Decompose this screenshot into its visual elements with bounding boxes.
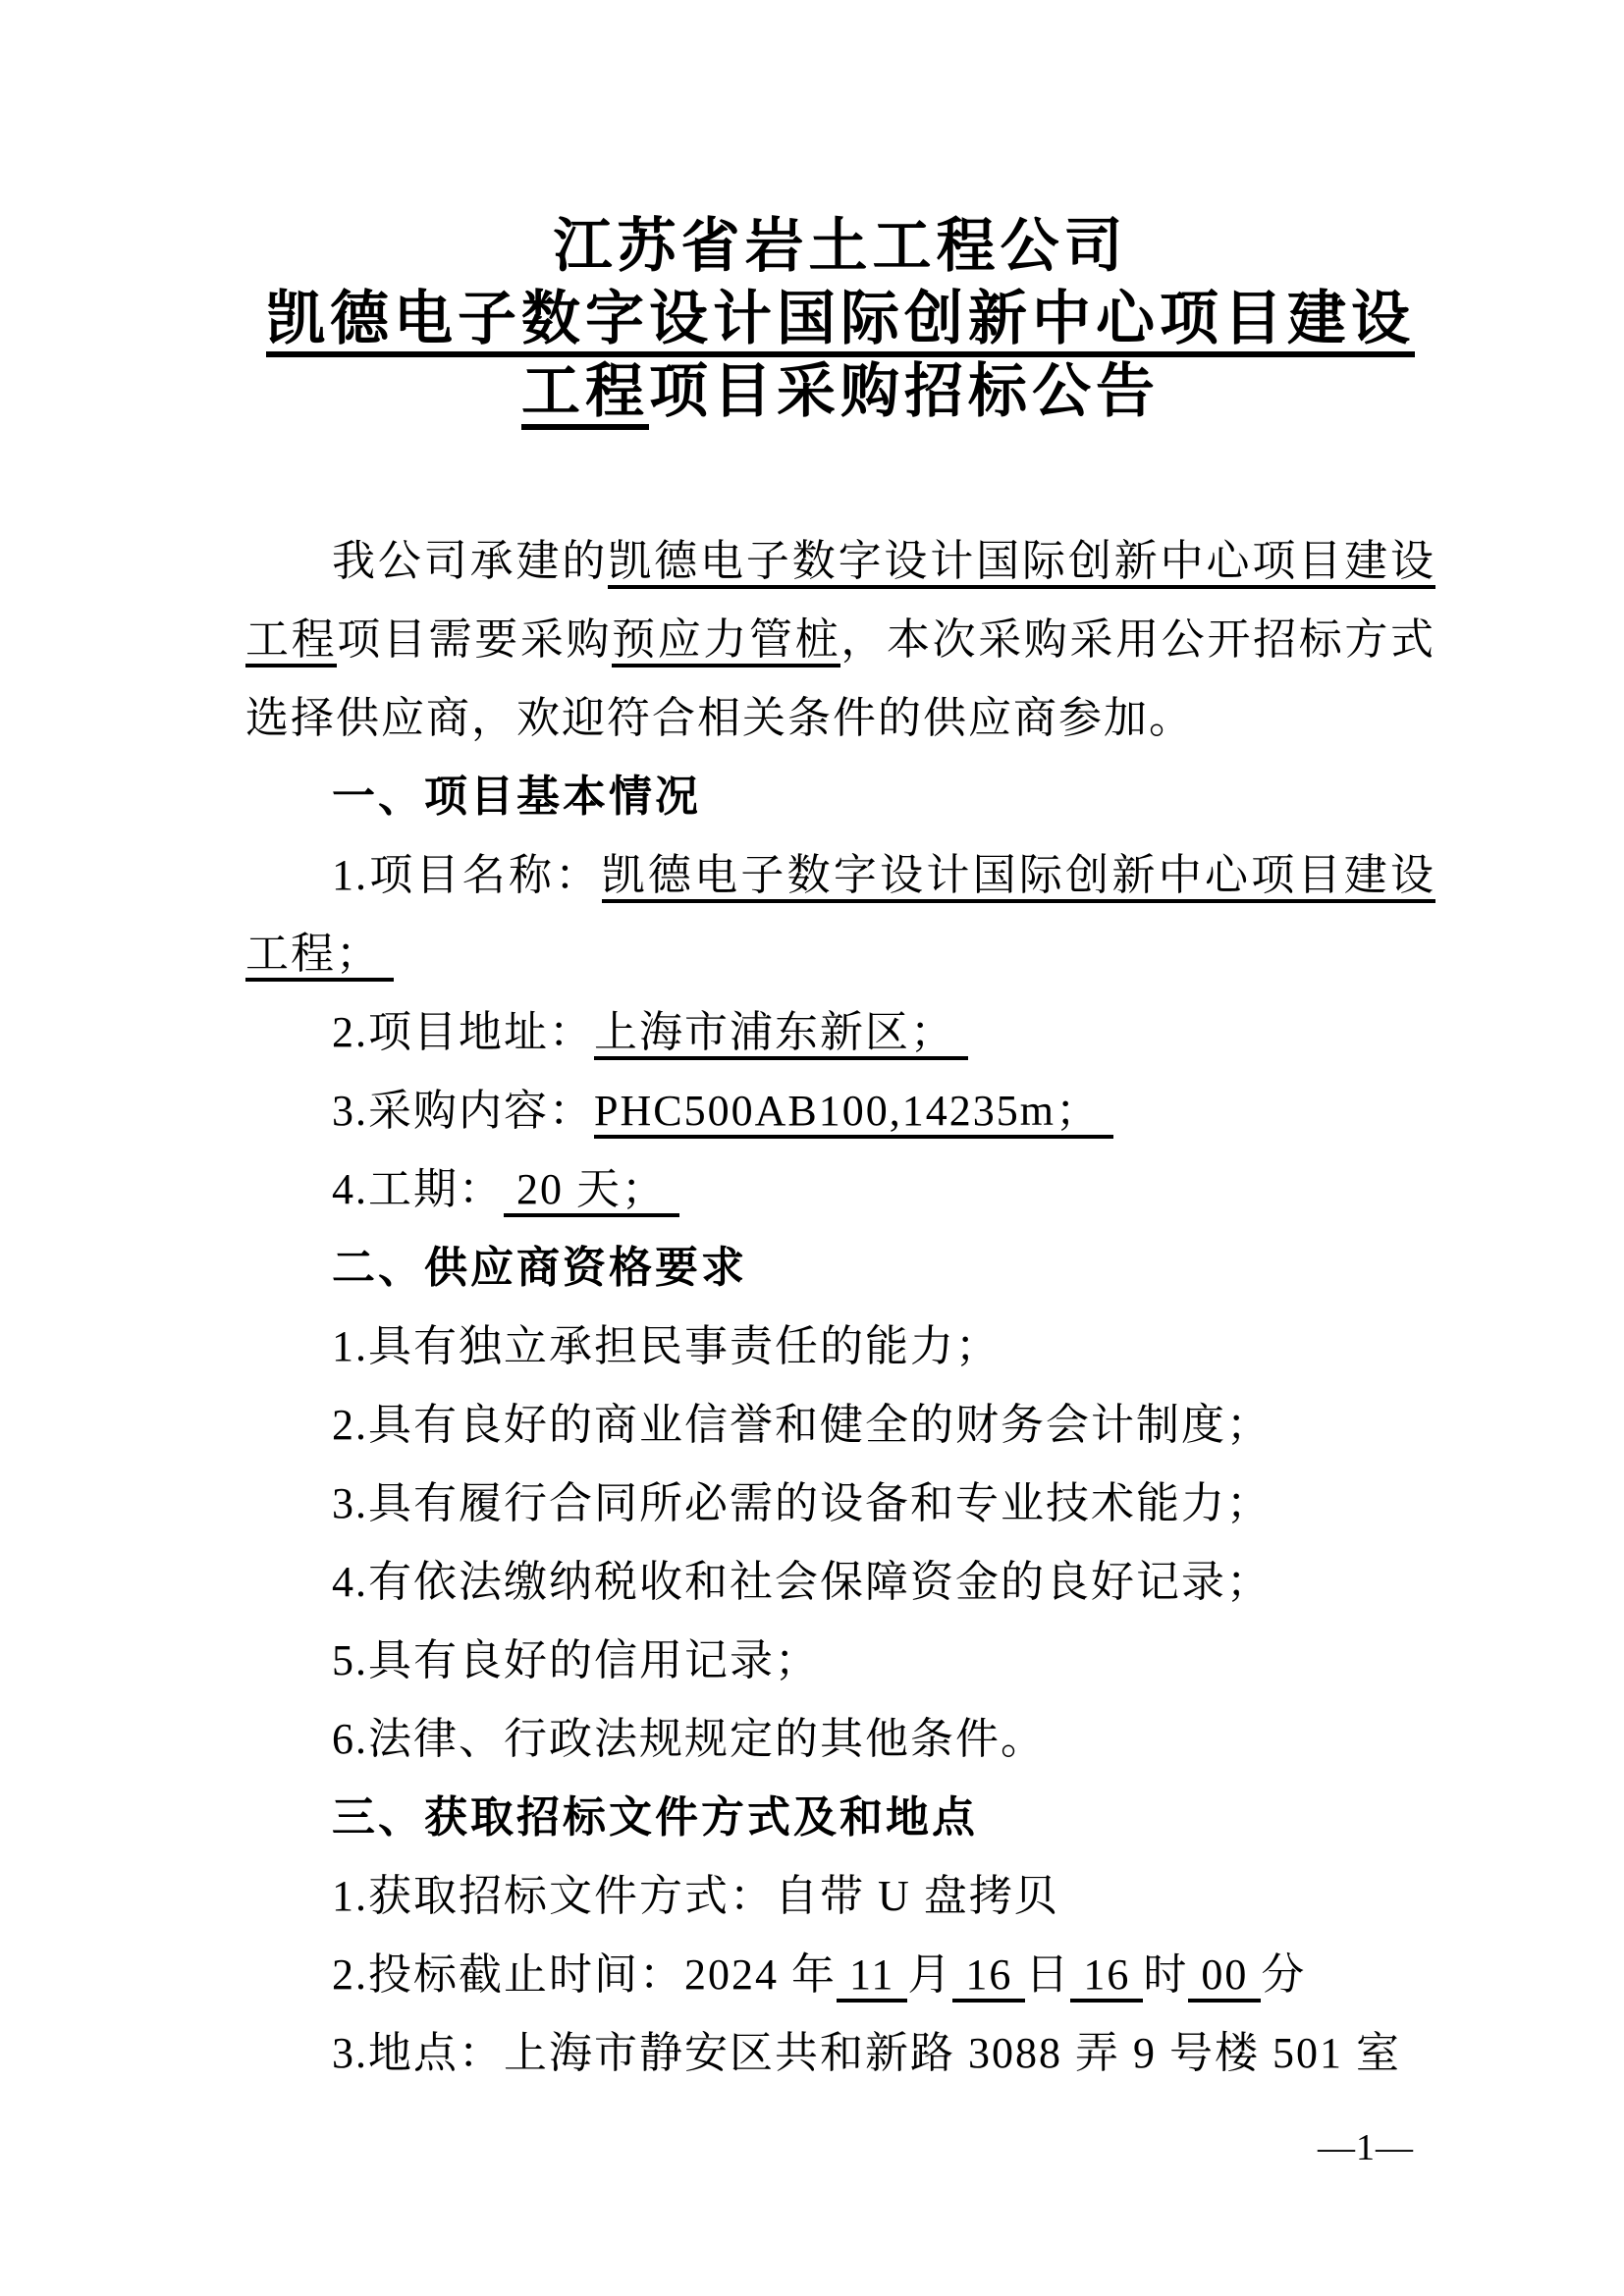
section-2-heading: 二、供应商资格要求 [245, 1229, 1435, 1308]
underlined-text-run: 预应力管桩 [612, 615, 840, 667]
text-run: 4.有依法缴纳税收和社会保障资金的良好记录； [332, 1558, 1272, 1606]
title-line-3: 工程项目采购招标公告 [245, 355, 1435, 428]
text-run: 日 [1025, 1950, 1070, 1999]
text-run: 月 [907, 1950, 952, 1999]
underlined-text-run: 凯德电子数字设计国际创新中心项目建设 [266, 287, 1415, 357]
title-line-1: 江苏省岩土工程公司 [245, 210, 1435, 283]
underlined-text-run: 20 天； [504, 1165, 679, 1217]
item-procurement-content: 3.采购内容：PHC500AB100,14235m； [245, 1072, 1435, 1150]
item-duration: 4.工期： 20 天； [245, 1150, 1435, 1229]
text-run: 2.具有良好的商业信誉和健全的财务会计制度； [332, 1401, 1272, 1449]
text-run: 三、获取招标文件方式及和地点 [332, 1793, 978, 1842]
text-run: 3.地点：上海市静安区共和新路 3088 弄 9 号楼 501 室 [332, 2029, 1401, 2077]
item-location: 3.地点：上海市静安区共和新路 3088 弄 9 号楼 501 室 [245, 2014, 1435, 2093]
section-3-heading: 三、获取招标文件方式及和地点 [245, 1779, 1435, 1857]
text-run: 5.具有良好的信用记录； [332, 1636, 820, 1684]
underlined-text-run: 上海市浦东新区； [594, 1008, 968, 1060]
text-run: 我公司承建的 [332, 537, 608, 585]
text-run: 2.投标截止时间：2024 年 [332, 1950, 837, 1999]
qualification-6: 6.法律、行政法规规定的其他条件。 [245, 1700, 1435, 1779]
text-run: 1.项目名称： [332, 851, 602, 899]
item-project-address: 2.项目地址：上海市浦东新区； [245, 993, 1435, 1072]
text-run: 1.具有独立承担民事责任的能力； [332, 1322, 1001, 1370]
item-obtain-method: 1.获取招标文件方式：自带 U 盘拷贝 [245, 1857, 1435, 1936]
qualification-4: 4.有依法缴纳税收和社会保障资金的良好记录； [245, 1543, 1435, 1622]
item-project-name: 1.项目名称：凯德电子数字设计国际创新中心项目建设工程； [245, 836, 1435, 993]
text-run: 分 [1261, 1950, 1306, 1999]
underlined-text-run: 11 [837, 1950, 907, 2002]
underlined-text-run: 16 [1070, 1950, 1143, 2002]
text-run: 一、项目基本情况 [332, 773, 701, 821]
document-body: 我公司承建的凯德电子数字设计国际创新中心项目建设工程项目需要采购预应力管桩，本次… [245, 522, 1435, 2093]
text-run: 项目需要采购 [337, 615, 612, 664]
text-run: 2.项目地址： [332, 1008, 594, 1056]
document-title: 江苏省岩土工程公司凯德电子数字设计国际创新中心项目建设工程项目采购招标公告 [245, 210, 1435, 428]
underlined-text-run: 16 [952, 1950, 1025, 2002]
text-run: 时 [1143, 1950, 1188, 1999]
text-run: 项目采购招标公告 [649, 359, 1160, 424]
text-run: 3.具有履行合同所必需的设备和专业技术能力； [332, 1479, 1272, 1527]
qualification-1: 1.具有独立承担民事责任的能力； [245, 1308, 1435, 1386]
qualification-2: 2.具有良好的商业信誉和健全的财务会计制度； [245, 1386, 1435, 1465]
text-run: 3.采购内容： [332, 1087, 594, 1135]
qualification-3: 3.具有履行合同所必需的设备和专业技术能力； [245, 1465, 1435, 1543]
underlined-text-run: 00 [1188, 1950, 1261, 2002]
underlined-text-run: PHC500AB100,14235m； [594, 1087, 1113, 1139]
item-bid-deadline: 2.投标截止时间：2024 年 11 月 16 日 16 时 00 分 [245, 1936, 1435, 2014]
text-run: 二、供应商资格要求 [332, 1244, 747, 1292]
document-content: 江苏省岩土工程公司凯德电子数字设计国际创新中心项目建设工程项目采购招标公告 我公… [245, 210, 1435, 2093]
page-number: —1— [1318, 2126, 1414, 2169]
text-run: 1.获取招标文件方式：自带 U 盘拷贝 [332, 1872, 1059, 1920]
text-run: 6.法律、行政法规规定的其他条件。 [332, 1715, 1046, 1763]
document-page: 江苏省岩土工程公司凯德电子数字设计国际创新中心项目建设工程项目采购招标公告 我公… [0, 0, 1624, 2296]
qualification-5: 5.具有良好的信用记录； [245, 1622, 1435, 1700]
text-run: 4.工期： [332, 1165, 504, 1213]
underlined-text-run: 工程 [521, 359, 649, 430]
title-line-2: 凯德电子数字设计国际创新中心项目建设 [245, 283, 1435, 355]
text-run: 江苏省岩土工程公司 [554, 214, 1128, 279]
section-1-heading: 一、项目基本情况 [245, 758, 1435, 836]
intro-paragraph: 我公司承建的凯德电子数字设计国际创新中心项目建设工程项目需要采购预应力管桩，本次… [245, 522, 1435, 758]
